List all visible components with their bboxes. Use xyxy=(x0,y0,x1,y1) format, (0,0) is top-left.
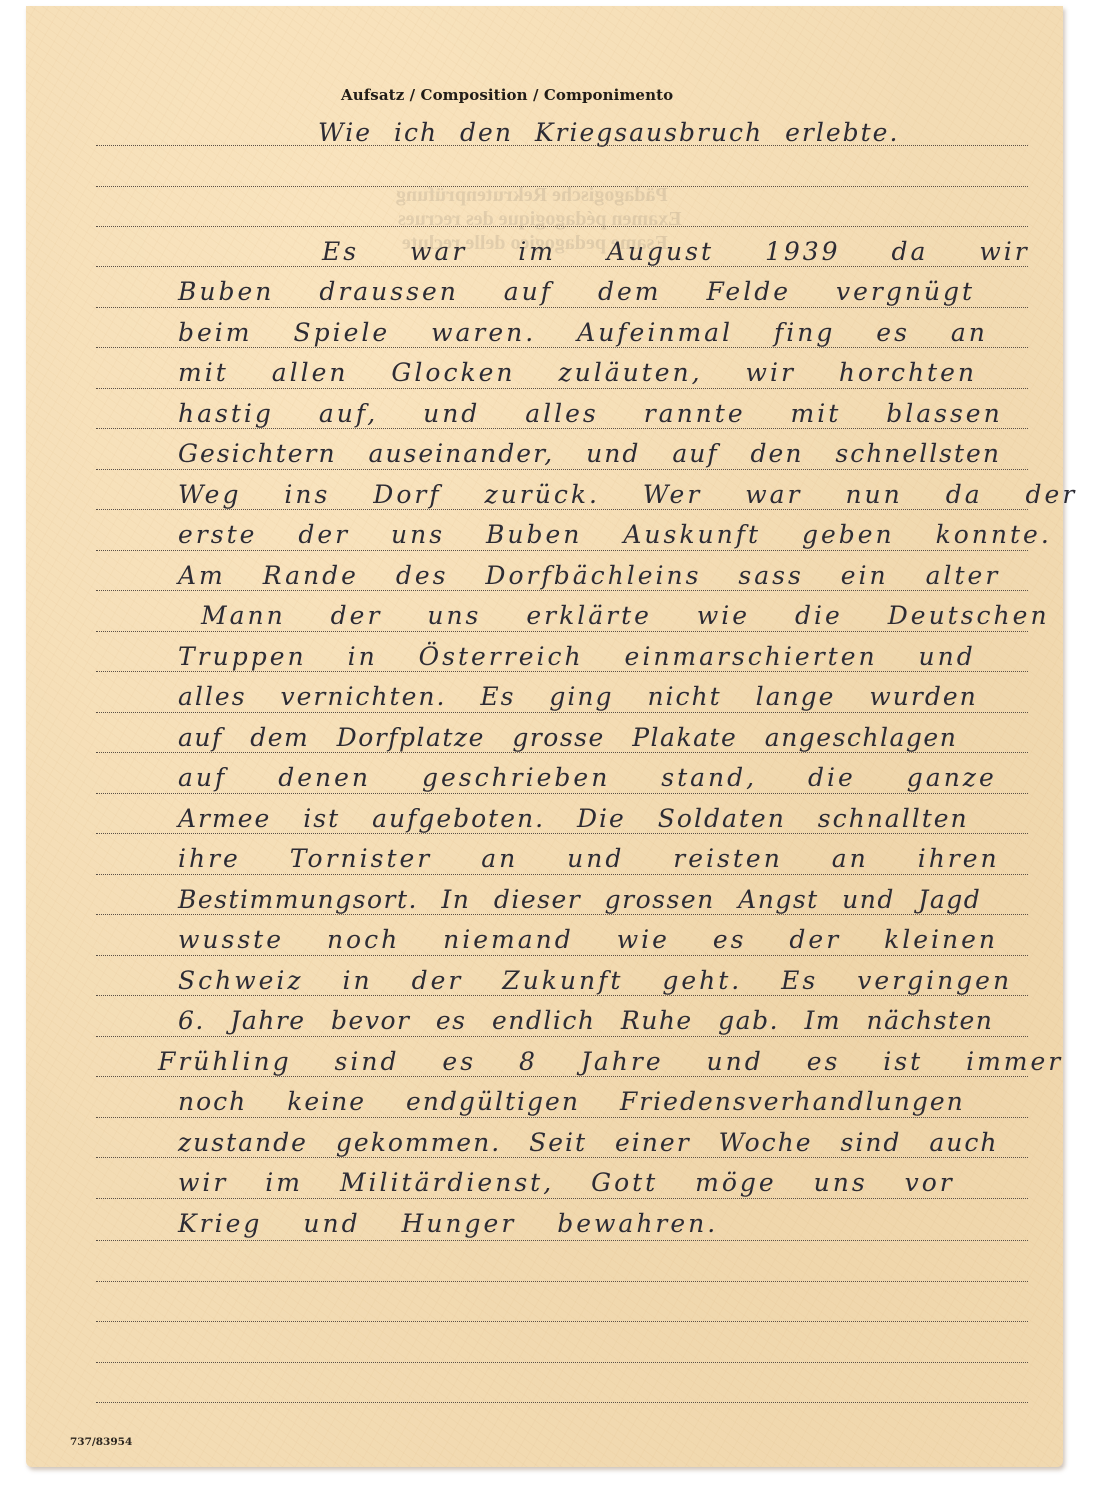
show-through-header-2: Examen pédagogique des recrues xyxy=(398,208,682,231)
show-through-header: Pädagogische Rekrutenprüfung xyxy=(396,184,668,207)
body-line: zustande gekommen. Seit einer Woche sind… xyxy=(178,1128,998,1157)
body-line: wusste noch niemand wie es der kleinen xyxy=(178,925,998,954)
form-code: 737/83954 xyxy=(70,1436,132,1448)
body-line: mit allen Glocken zuläuten, wir horchten xyxy=(178,358,977,387)
paper-sheet: Pädagogische Rekrutenprüfung Examen péda… xyxy=(26,6,1063,1467)
body-line: ihre Tornister an und reisten an ihren xyxy=(178,844,1000,873)
form-heading: Aufsatz / Composition / Componimento xyxy=(341,86,673,104)
body-line: Truppen in Österreich einmarschierten un… xyxy=(178,642,976,671)
body-line: Krieg und Hunger bewahren. xyxy=(178,1209,718,1238)
body-line: Gesichtern auseinander, und auf den schn… xyxy=(178,439,1001,468)
essay-title: Wie ich den Kriegsausbruch erlebte. xyxy=(318,118,899,147)
body-line: noch keine endgültigen Friedensverhandlu… xyxy=(178,1087,965,1116)
body-line: 6. Jahre bevor es endlich Ruhe gab. Im n… xyxy=(178,1006,993,1035)
body-line: Es war im August 1939 da wir xyxy=(322,237,1030,266)
body-line: auf dem Dorfplatze grosse Plakate angesc… xyxy=(178,723,957,752)
body-line: Frühling sind es 8 Jahre und es ist imme… xyxy=(158,1047,1063,1076)
body-line: Am Rande des Dorfbächleins sass ein alte… xyxy=(178,561,1000,590)
body-line: Bestimmungsort. In dieser grossen Angst … xyxy=(178,885,981,914)
body-line: Buben draussen auf dem Felde vergnügt xyxy=(178,277,975,306)
body-line: beim Spiele waren. Aufeinmal fing es an xyxy=(178,318,988,347)
body-line: Weg ins Dorf zurück. Wer war nun da der xyxy=(178,480,1077,509)
body-line: wir im Militärdienst, Gott möge uns vor xyxy=(178,1168,955,1197)
body-line: Schweiz in der Zukunft geht. Es verginge… xyxy=(178,966,1012,995)
body-line: erste der uns Buben Auskunft geben konnt… xyxy=(178,520,1052,549)
body-line: auf denen geschrieben stand, die ganze xyxy=(178,763,997,792)
body-line: Mann der uns erklärte wie die Deutschen xyxy=(201,601,1050,630)
body-line: Armee ist aufgeboten. Die Soldaten schna… xyxy=(178,804,969,833)
body-line: hastig auf, und alles rannte mit blassen xyxy=(178,399,1003,428)
body-line: alles vernichten. Es ging nicht lange wu… xyxy=(178,682,978,711)
